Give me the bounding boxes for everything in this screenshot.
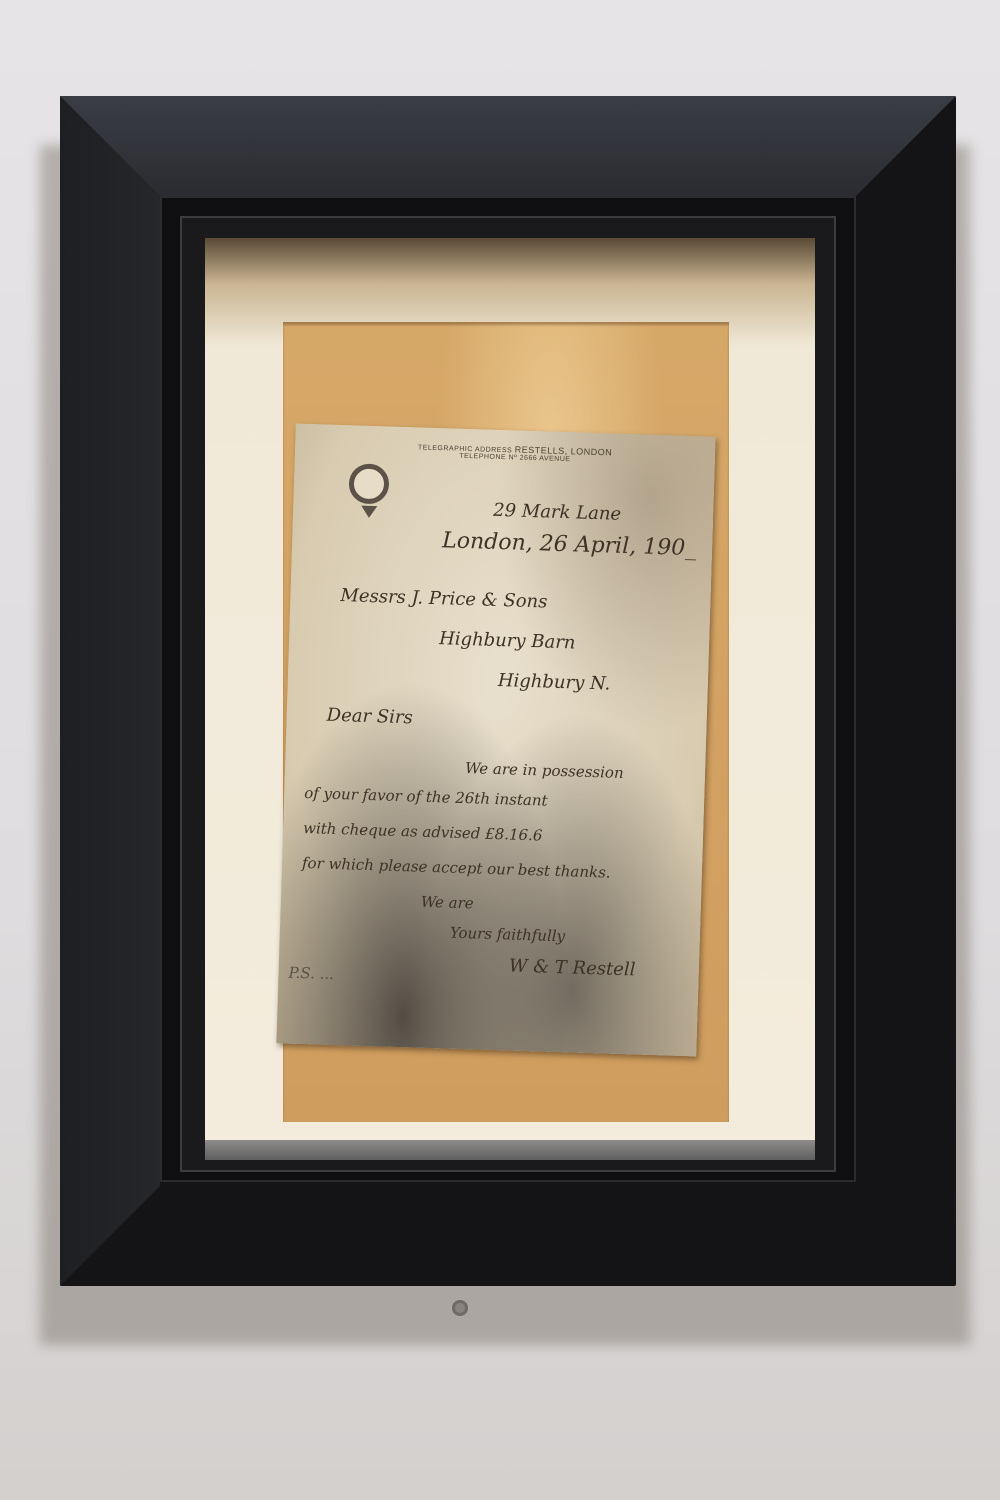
body-line-2: of your favor of the 26th instant [304, 784, 548, 810]
recipient-line-2: Highbury Barn [439, 628, 576, 653]
frame-top-bevel [60, 96, 956, 196]
recipient-line-3: Highbury N. [498, 670, 611, 695]
body-line-4: for which please accept our best thanks. [302, 854, 611, 882]
signature: W & T Restell [509, 956, 636, 981]
letter-address: 29 Mark Lane [493, 500, 622, 525]
frame-left-bevel [60, 96, 160, 1286]
wall-hook [452, 1300, 468, 1316]
seal-point-icon [361, 506, 377, 518]
closing-yours-faithfully: Yours faithfully [450, 924, 566, 946]
mat-bottom-edge [205, 1140, 815, 1160]
seal-emblem-icon [348, 463, 389, 504]
closing-we-are: We are [421, 893, 474, 913]
letter: TELEGRAPHIC ADDRESS RESTELLS, LONDON TEL… [276, 424, 715, 1057]
salutation: Dear Sirs [326, 705, 413, 729]
body-line-3: with cheque as advised £8.16.6 [303, 819, 543, 845]
letterhead: TELEGRAPHIC ADDRESS RESTELLS, LONDON TEL… [365, 440, 665, 466]
body-line-1: We are in possession [465, 759, 624, 782]
recipient-line-1: Messrs J. Price & Sons [340, 585, 548, 612]
postscript-note: P.S. ... [288, 964, 334, 983]
letter-place-date: London, 26 April, 190_ [442, 528, 697, 561]
